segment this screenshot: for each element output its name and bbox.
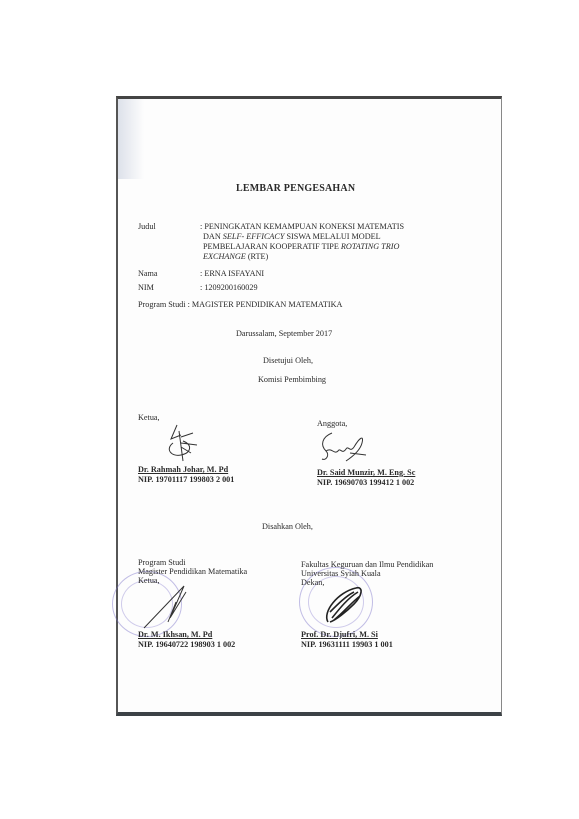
ketua-signature [163,421,203,466]
judul-italic: SELF- EFFICACY [223,232,285,241]
judul-text: (RTE) [246,252,268,261]
ketua-name: Dr. Rahmah Johar, M. Pd [138,465,228,476]
nama-label: Nama [138,269,158,280]
ketua-nip: NIP. 19701117 199803 2 001 [138,475,234,486]
fakultas-name: Prof. Dr. Djufri, M. Si [301,630,378,641]
scan-shade [118,99,144,179]
ketua-role: Ketua, [138,413,160,424]
document-title: LEMBAR PENGESAHAN [236,183,355,194]
ratified-by: Disahkan Oleh, [262,522,313,533]
anggota-signature [316,429,376,465]
prodi-name: Dr. M. Ikhsan, M. Pd [138,630,212,641]
judul-line-2: DAN SELF- EFFICACY SISWA MELALUI MODEL [203,232,381,243]
document-page: LEMBAR PENGESAHAN Judul : PENINGKATAN KE… [116,96,502,716]
anggota-nip: NIP. 19690703 199412 1 002 [317,478,414,489]
judul-italic: EXCHANGE [203,252,246,261]
judul-line-1: : PENINGKATAN KEMAMPUAN KONEKSI MATEMATI… [200,222,404,233]
fakultas-signature [318,582,368,628]
judul-text: PEMBELAJARAN KOOPERATIF TIPE [203,242,341,251]
judul-text: DAN [203,232,223,241]
judul-line-4: EXCHANGE (RTE) [203,252,268,263]
committee-label: Komisi Pembimbing [258,375,326,386]
anggota-role: Anggota, [317,419,347,430]
judul-label: Judul [138,222,156,233]
fakultas-nip: NIP. 19631111 19903 1 001 [301,640,393,651]
nim-value: : 1209200160029 [200,283,258,294]
nim-label: NIM [138,283,154,294]
approved-by: Disetujui Oleh, [263,356,313,367]
anggota-name: Dr. Said Munzir, M. Eng. Sc [317,468,415,479]
program-studi: Program Studi : MAGISTER PENDIDIKAN MATE… [138,300,342,311]
judul-italic: ROTATING TRIO [341,242,399,251]
judul-line-3: PEMBELAJARAN KOOPERATIF TIPE ROTATING TR… [203,242,399,253]
place-date: Darussalam, September 2017 [236,329,332,340]
nama-value: : ERNA ISFAYANI [200,269,264,280]
judul-text: SISWA MELALUI MODEL [284,232,380,241]
prodi-signature [140,582,190,632]
prodi-nip: NIP. 19640722 198903 1 002 [138,640,235,651]
